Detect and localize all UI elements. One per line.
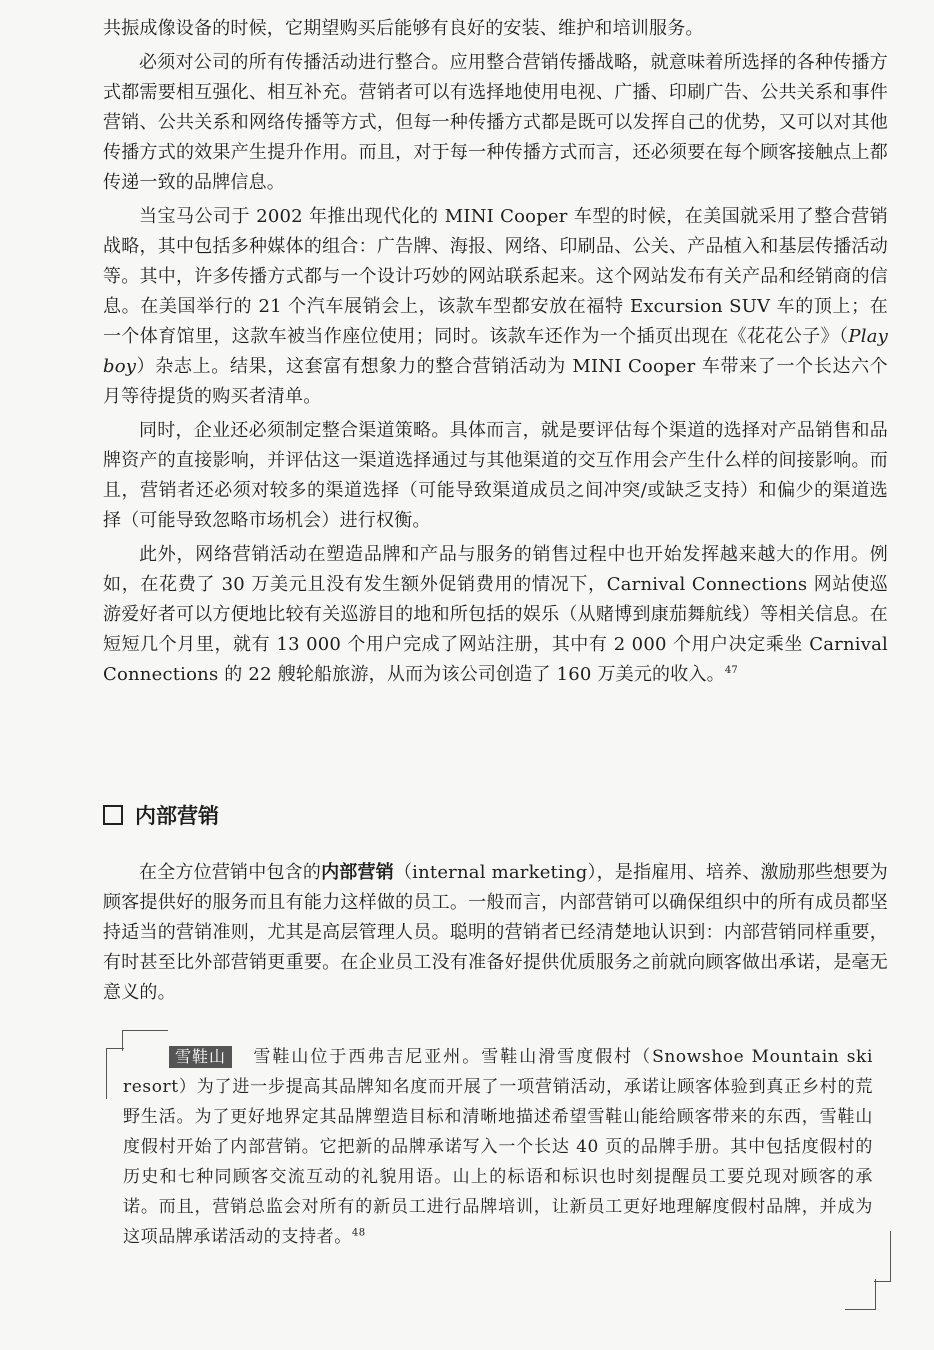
paragraph: 共振成像设备的时候，它期望购买后能够有良好的安装、维护和培训服务。 <box>103 14 888 44</box>
paragraph: 此外，网络营销活动在塑造品牌和产品与服务的销售过程中也开始发挥越来越大的作用。例… <box>103 540 888 690</box>
section-heading: 内部营销 <box>103 800 219 830</box>
paragraph: 在全方位营销中包含的内部营销（internal marketing），是指雇用、… <box>103 858 888 1008</box>
case-text: 雪鞋山雪鞋山位于西弗吉尼亚州。雪鞋山滑雪度假村（Snowshoe Mountai… <box>123 1042 873 1252</box>
paragraph-text: ）杂志上。结果，这套富有想象力的整合营销活动为 MINI Cooper 车带来了… <box>103 356 888 407</box>
box-corner-decoration <box>845 1279 876 1310</box>
paragraph: 当宝马公司于 2002 年推出现代化的 MINI Cooper 车型的时候，在美… <box>103 202 888 412</box>
section-heading-text: 内部营销 <box>135 800 219 830</box>
case-tag: 雪鞋山 <box>169 1046 232 1068</box>
case-body: 雪鞋山位于西弗吉尼亚州。雪鞋山滑雪度假村（Snowshoe Mountain s… <box>123 1047 873 1247</box>
paragraph-text: 当宝马公司于 2002 年推出现代化的 MINI Cooper 车型的时候，在美… <box>103 206 888 347</box>
footnote-ref: 47 <box>725 665 738 676</box>
paragraph-text: （internal marketing），是指雇用、培养、激励那些想要为顾客提供… <box>103 862 888 1003</box>
bold-term: 内部营销 <box>321 862 394 883</box>
paragraph-text: 此外，网络营销活动在塑造品牌和产品与服务的销售过程中也开始发挥越来越大的作用。例… <box>103 544 888 685</box>
page-body: 共振成像设备的时候，它期望购买后能够有良好的安装、维护和培训服务。 必须对公司的… <box>103 0 888 690</box>
section-body: 在全方位营销中包含的内部营销（internal marketing），是指雇用、… <box>103 858 888 1008</box>
case-box: 雪鞋山雪鞋山位于西弗吉尼亚州。雪鞋山滑雪度假村（Snowshoe Mountai… <box>103 1030 893 1310</box>
box-corner-decoration <box>106 1048 124 1099</box>
paragraph: 同时，企业还必须制定整合渠道策略。具体而言，就是要评估每个渠道的选择对产品销售和… <box>103 416 888 536</box>
paragraph-text: 在全方位营销中包含的 <box>139 862 321 883</box>
square-bullet-icon <box>103 805 123 825</box>
box-corner-decoration <box>874 1231 891 1282</box>
paragraph: 必须对公司的所有传播活动进行整合。应用整合营销传播战略，就意味着所选择的各种传播… <box>103 48 888 198</box>
footnote-ref: 48 <box>352 1227 366 1238</box>
